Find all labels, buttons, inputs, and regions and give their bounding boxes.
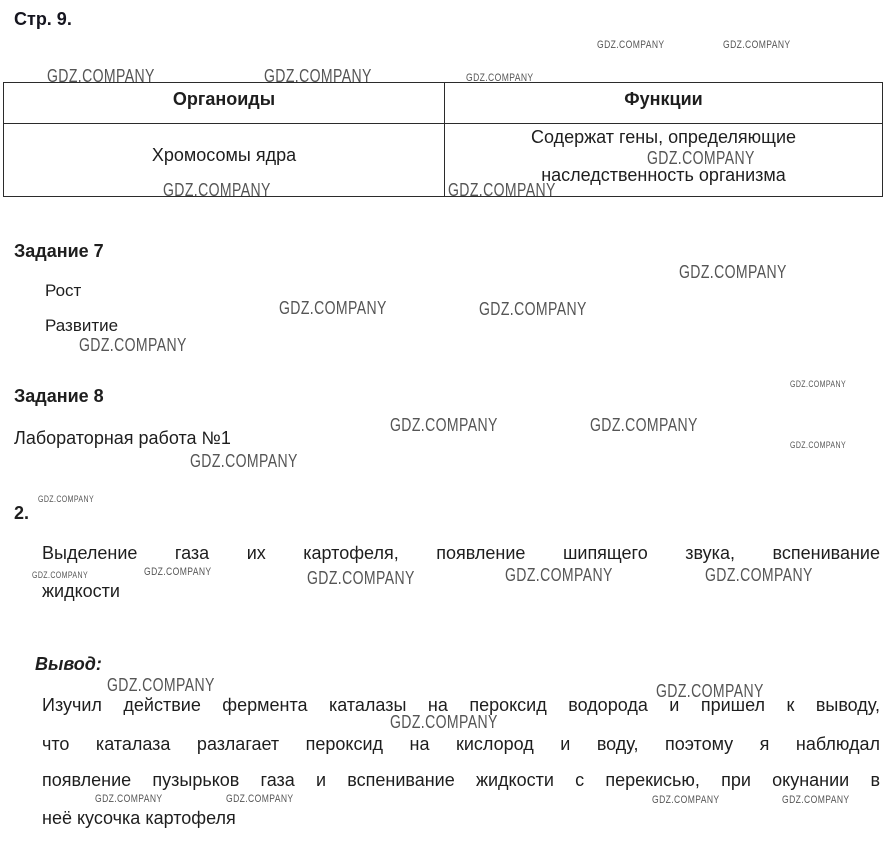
watermark: GDZ.COMPANY (107, 675, 215, 696)
watermark: GDZ.COMPANY (466, 72, 534, 84)
watermark: GDZ.COMPANY (144, 566, 212, 578)
conclusion-heading: Вывод: (35, 654, 102, 675)
watermark: GDZ.COMPANY (597, 39, 665, 51)
watermark: GDZ.COMPANY (790, 379, 846, 389)
task7-item-growth: Рост (45, 281, 81, 301)
watermark: GDZ.COMPANY (479, 299, 587, 320)
watermark: GDZ.COMPANY (652, 794, 720, 806)
watermark: GDZ.COMPANY (279, 298, 387, 319)
conclusion-line-2: что каталаза разлагает пероксид на кисло… (42, 734, 880, 754)
watermark: GDZ.COMPANY (190, 451, 298, 472)
watermark: GDZ.COMPANY (723, 39, 791, 51)
watermark: GDZ.COMPANY (782, 794, 850, 806)
watermark: GDZ.COMPANY (38, 494, 94, 504)
task8-heading: Задание 8 (14, 386, 104, 407)
task7-heading: Задание 7 (14, 241, 104, 262)
table-header-organoids: Органоиды (4, 83, 445, 123)
watermark: GDZ.COMPANY (32, 570, 88, 580)
watermark: GDZ.COMPANY (79, 335, 187, 356)
watermark: GDZ.COMPANY (226, 793, 294, 805)
watermark: GDZ.COMPANY (656, 681, 764, 702)
watermark: GDZ.COMPANY (448, 180, 556, 201)
watermark: GDZ.COMPANY (47, 66, 155, 87)
watermark: GDZ.COMPANY (307, 568, 415, 589)
conclusion-line-4: неё кусочка картофеля (42, 808, 880, 828)
watermark: GDZ.COMPANY (390, 712, 498, 733)
watermark: GDZ.COMPANY (590, 415, 698, 436)
task8-subtitle: Лабораторная работа №1 (14, 428, 231, 449)
item2-label: 2. (14, 503, 29, 524)
watermark: GDZ.COMPANY (705, 565, 813, 586)
conclusion-line-3: появление пузырьков газа и вспенивание ж… (42, 770, 880, 790)
watermark: GDZ.COMPANY (790, 440, 846, 450)
watermark: GDZ.COMPANY (264, 66, 372, 87)
watermark: GDZ.COMPANY (390, 415, 498, 436)
item2-line-1: Выделение газа их картофеля, появление ш… (42, 543, 880, 563)
watermark: GDZ.COMPANY (163, 180, 271, 201)
table-header-row: Органоиды Функции (4, 83, 882, 124)
watermark: GDZ.COMPANY (95, 793, 163, 805)
table-header-functions: Функции (445, 83, 882, 123)
watermark: GDZ.COMPANY (647, 148, 755, 169)
watermark: GDZ.COMPANY (505, 565, 613, 586)
watermark: GDZ.COMPANY (679, 262, 787, 283)
function-line-1: Содержат гены, определяющие (445, 127, 882, 147)
page-title: Стр. 9. (14, 9, 72, 30)
organoids-table: Органоиды Функции Хромосомы ядра Содержа… (3, 82, 883, 197)
task7-item-development: Развитие (45, 316, 118, 336)
